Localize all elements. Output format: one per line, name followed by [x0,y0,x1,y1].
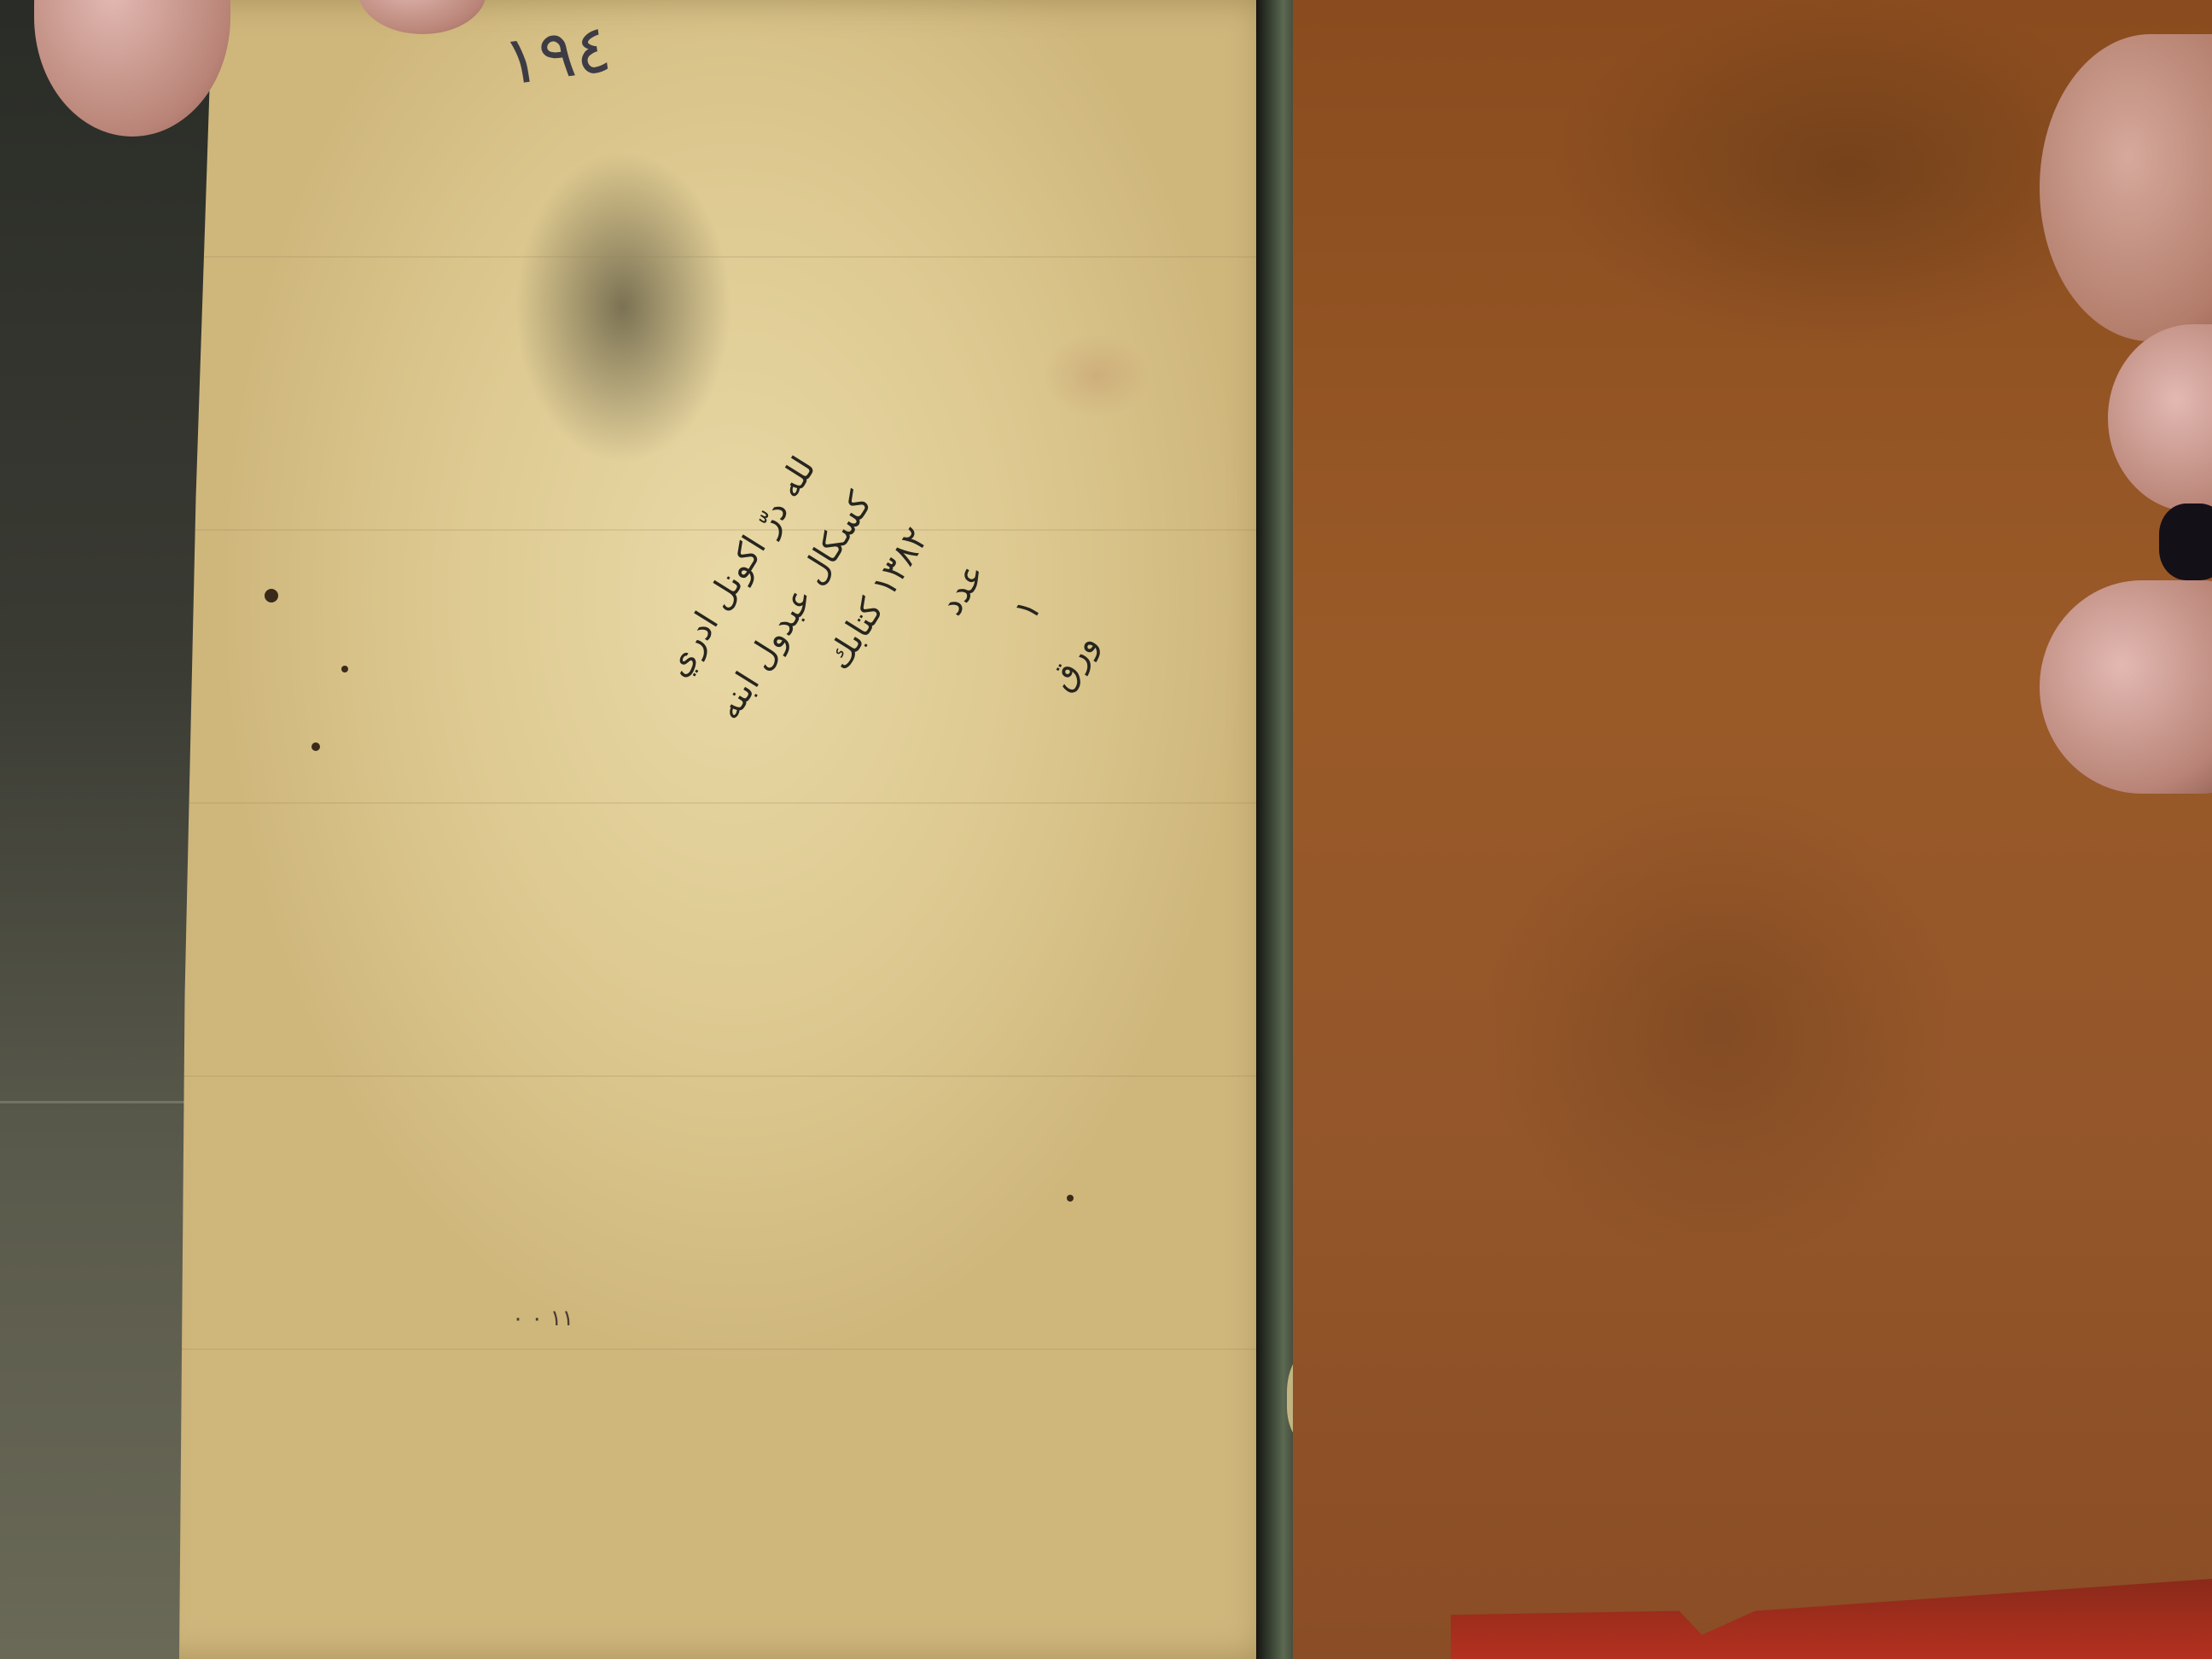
handwritten-note-block: لله درّ اكونل ادري كسكال عبدول ابنه ١٣٨٢… [526,443,1199,1110]
ink-spot [311,742,320,751]
paper-line [179,1348,1289,1350]
ink-spot [341,666,348,672]
paper-line [179,1075,1289,1077]
ink-spot [265,589,278,602]
bottom-marks: ۱۱ ۰ ۰ [512,1306,573,1331]
folio-number: ١٩٤ [498,10,615,102]
manuscript-photo: ١٩٤ لله درّ اكونل ادري كسكال عبدول ابنه … [0,0,2212,1659]
paper-line [179,256,1289,258]
ink-spot [1067,1195,1074,1202]
shadow-between-fingers [2159,504,2212,580]
left-paper-page: ١٩٤ لله درّ اكونل ادري كسكال عبدول ابنه … [179,0,1289,1659]
